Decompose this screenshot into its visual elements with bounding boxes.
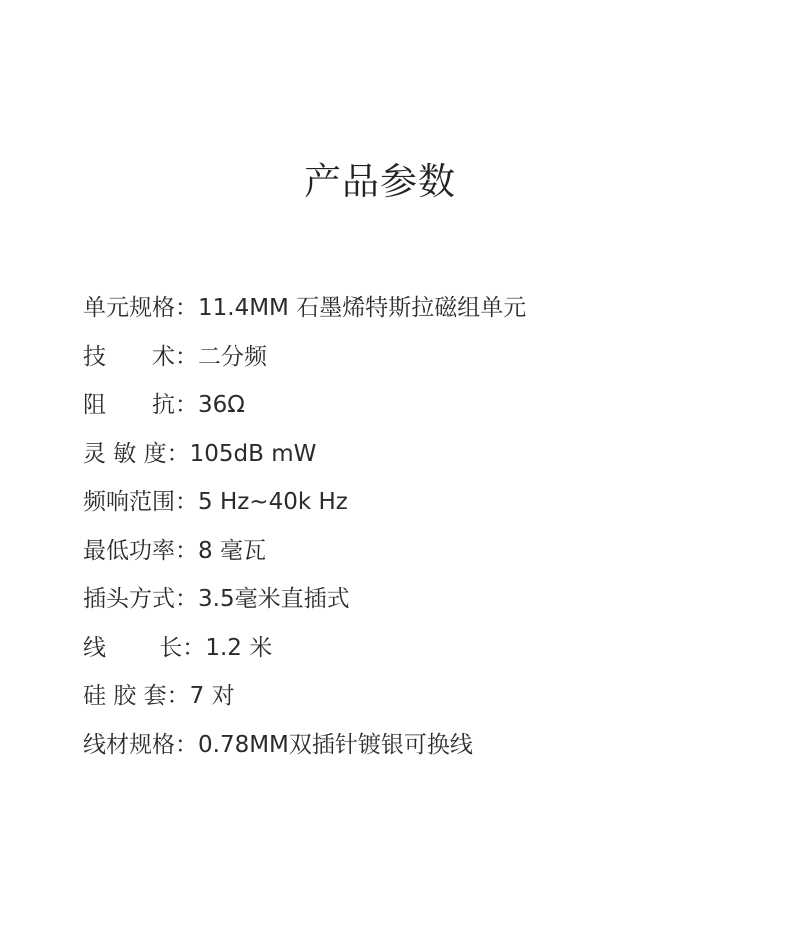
spec-value: 3.5毫米直插式	[198, 579, 350, 619]
spec-value: 5 Hz~40k Hz	[198, 482, 348, 522]
spec-label: 线材规格：	[83, 725, 198, 765]
spec-value: 二分频	[198, 337, 267, 377]
spec-value: 36Ω	[198, 385, 245, 425]
spec-row-sensitivity: 灵 敏 度：105dB mW	[83, 434, 526, 483]
spec-row-impedance: 阻 抗：36Ω	[83, 385, 526, 434]
spec-row-ear-tips: 硅 胶 套： 7 对	[83, 676, 526, 725]
page-title: 产品参数	[0, 158, 760, 206]
spec-row-driver: 单元规格：11.4MM 石墨烯特斯拉磁组单元	[83, 288, 526, 337]
spec-label: 单元规格：	[83, 288, 198, 328]
spec-value: 11.4MM 石墨烯特斯拉磁组单元	[198, 288, 526, 328]
spec-value: 1.2 米	[205, 628, 272, 668]
spec-row-min-power: 最低功率： 8 毫瓦	[83, 531, 526, 580]
spec-row-technology: 技 术： 二分频	[83, 337, 526, 386]
spec-label: 技 术：	[83, 337, 198, 377]
spec-row-plug: 插头方式： 3.5毫米直插式	[83, 579, 526, 628]
spec-label: 最低功率：	[83, 531, 198, 571]
spec-value: 8 毫瓦	[198, 531, 266, 571]
spec-label: 插头方式：	[83, 579, 198, 619]
spec-list: 单元规格：11.4MM 石墨烯特斯拉磁组单元 技 术： 二分频 阻 抗：36Ω …	[83, 288, 526, 773]
spec-row-frequency-response: 频响范围： 5 Hz~40k Hz	[83, 482, 526, 531]
spec-label: 线 长：	[83, 628, 205, 668]
spec-value: 105dB mW	[190, 434, 317, 474]
spec-row-cable-length: 线 长：1.2 米	[83, 628, 526, 677]
spec-label: 频响范围：	[83, 482, 198, 522]
spec-row-cable-spec: 线材规格：0.78MM双插针镀银可换线	[83, 725, 526, 774]
spec-label: 硅 胶 套：	[83, 676, 190, 716]
spec-value: 0.78MM双插针镀银可换线	[198, 725, 473, 765]
spec-label: 灵 敏 度：	[83, 434, 190, 474]
spec-label: 阻 抗：	[83, 385, 198, 425]
spec-value: 7 对	[190, 676, 235, 716]
